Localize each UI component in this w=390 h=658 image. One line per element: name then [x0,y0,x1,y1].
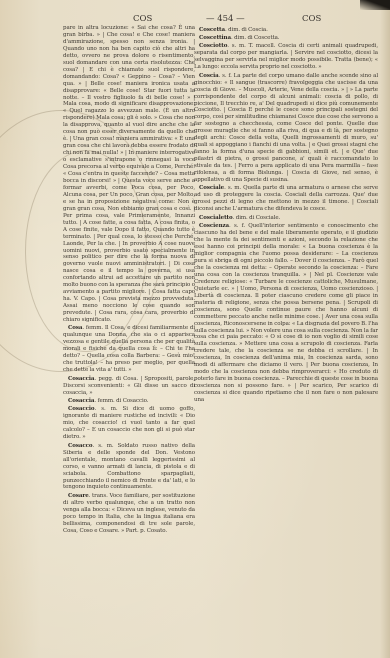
page-number: — 454 — [206,14,245,24]
definition: s. f. La parte del corpo umano dalle anc… [194,73,378,183]
definition: dim. di Cosciale. [236,215,280,221]
dictionary-entry: Cosaccia. femm. di Cosaccio. [63,398,195,405]
dictionary-entry: Cosaccia. pegg. di Cosa. | Spropositi, p… [63,376,195,397]
dictionary-entry: Cosacco. s. m. Soldato russo nativo dell… [63,443,195,492]
definition: femm. Il Cosa, e dicesi familiarmente di… [63,325,195,373]
headword: Cosciotto [199,43,227,49]
dictionary-entry: Cosciotto. s. m. T. macell. Coscia di ce… [194,43,378,71]
headword: Coscetta [199,27,225,33]
dictionary-entry: Cosciale. s. m. Quella parte di una arma… [194,185,378,213]
guide-word-left: COS [133,14,152,24]
headword: Cosare [68,493,89,499]
dictionary-entry: Coscialetto. dim. di Cosciale. [194,215,378,222]
definition: femm. di Cosaccio. [98,398,149,404]
dictionary-entry: Cosa. femm. Il Cosa, e dicesi familiarme… [63,325,195,374]
headword: Cosciale [199,185,224,191]
dictionary-entry: Coscienza. s. f. Quell'interior sentimen… [194,223,378,404]
definition: trans. Voce familiare, per sostituzione … [63,493,195,534]
definition: dim. di Coscia. [228,27,268,33]
definition: s. f. Quell'interior sentimento e conosc… [194,223,378,403]
dictionary-entry: Coscetta. dim. di Coscia. [194,27,378,34]
dictionary-entry: Cosaccio. s. m. Si dice di uomo goffo, i… [63,406,195,441]
headword: Cosaccia [68,398,94,404]
headword: Cosacco [68,443,93,449]
headword: Coscettina [199,35,231,41]
headword: Cosaccio [68,406,95,412]
page-corner-shadow [360,0,390,10]
dictionary-entry: Cosare. trans. Voce familiare, per sosti… [63,493,195,535]
guide-word-right: COS [302,14,321,24]
headword: Coscialetto [199,215,233,221]
headword: Coscienza [199,223,229,229]
left-column: pare in altra locuzione: « Sai che cosa?… [63,25,195,535]
continuation-text: pare in altra locuzione: « Sai che cosa?… [63,25,195,324]
headword: Coscia [199,73,219,79]
dictionary-entry: Coscettina. dim. di Coscetta. [194,35,378,42]
headword: Cosa [68,325,82,331]
headword: Cosaccia [68,376,94,382]
right-column: Coscetta. dim. di Coscia. Coscettina. di… [194,25,378,404]
definition: dim. di Coscetta. [234,35,279,41]
dictionary-entry: Coscia. s. f. La parte del corpo umano d… [194,73,378,184]
definition: s. m. Soldato russo nativo della Siberia… [63,443,195,491]
